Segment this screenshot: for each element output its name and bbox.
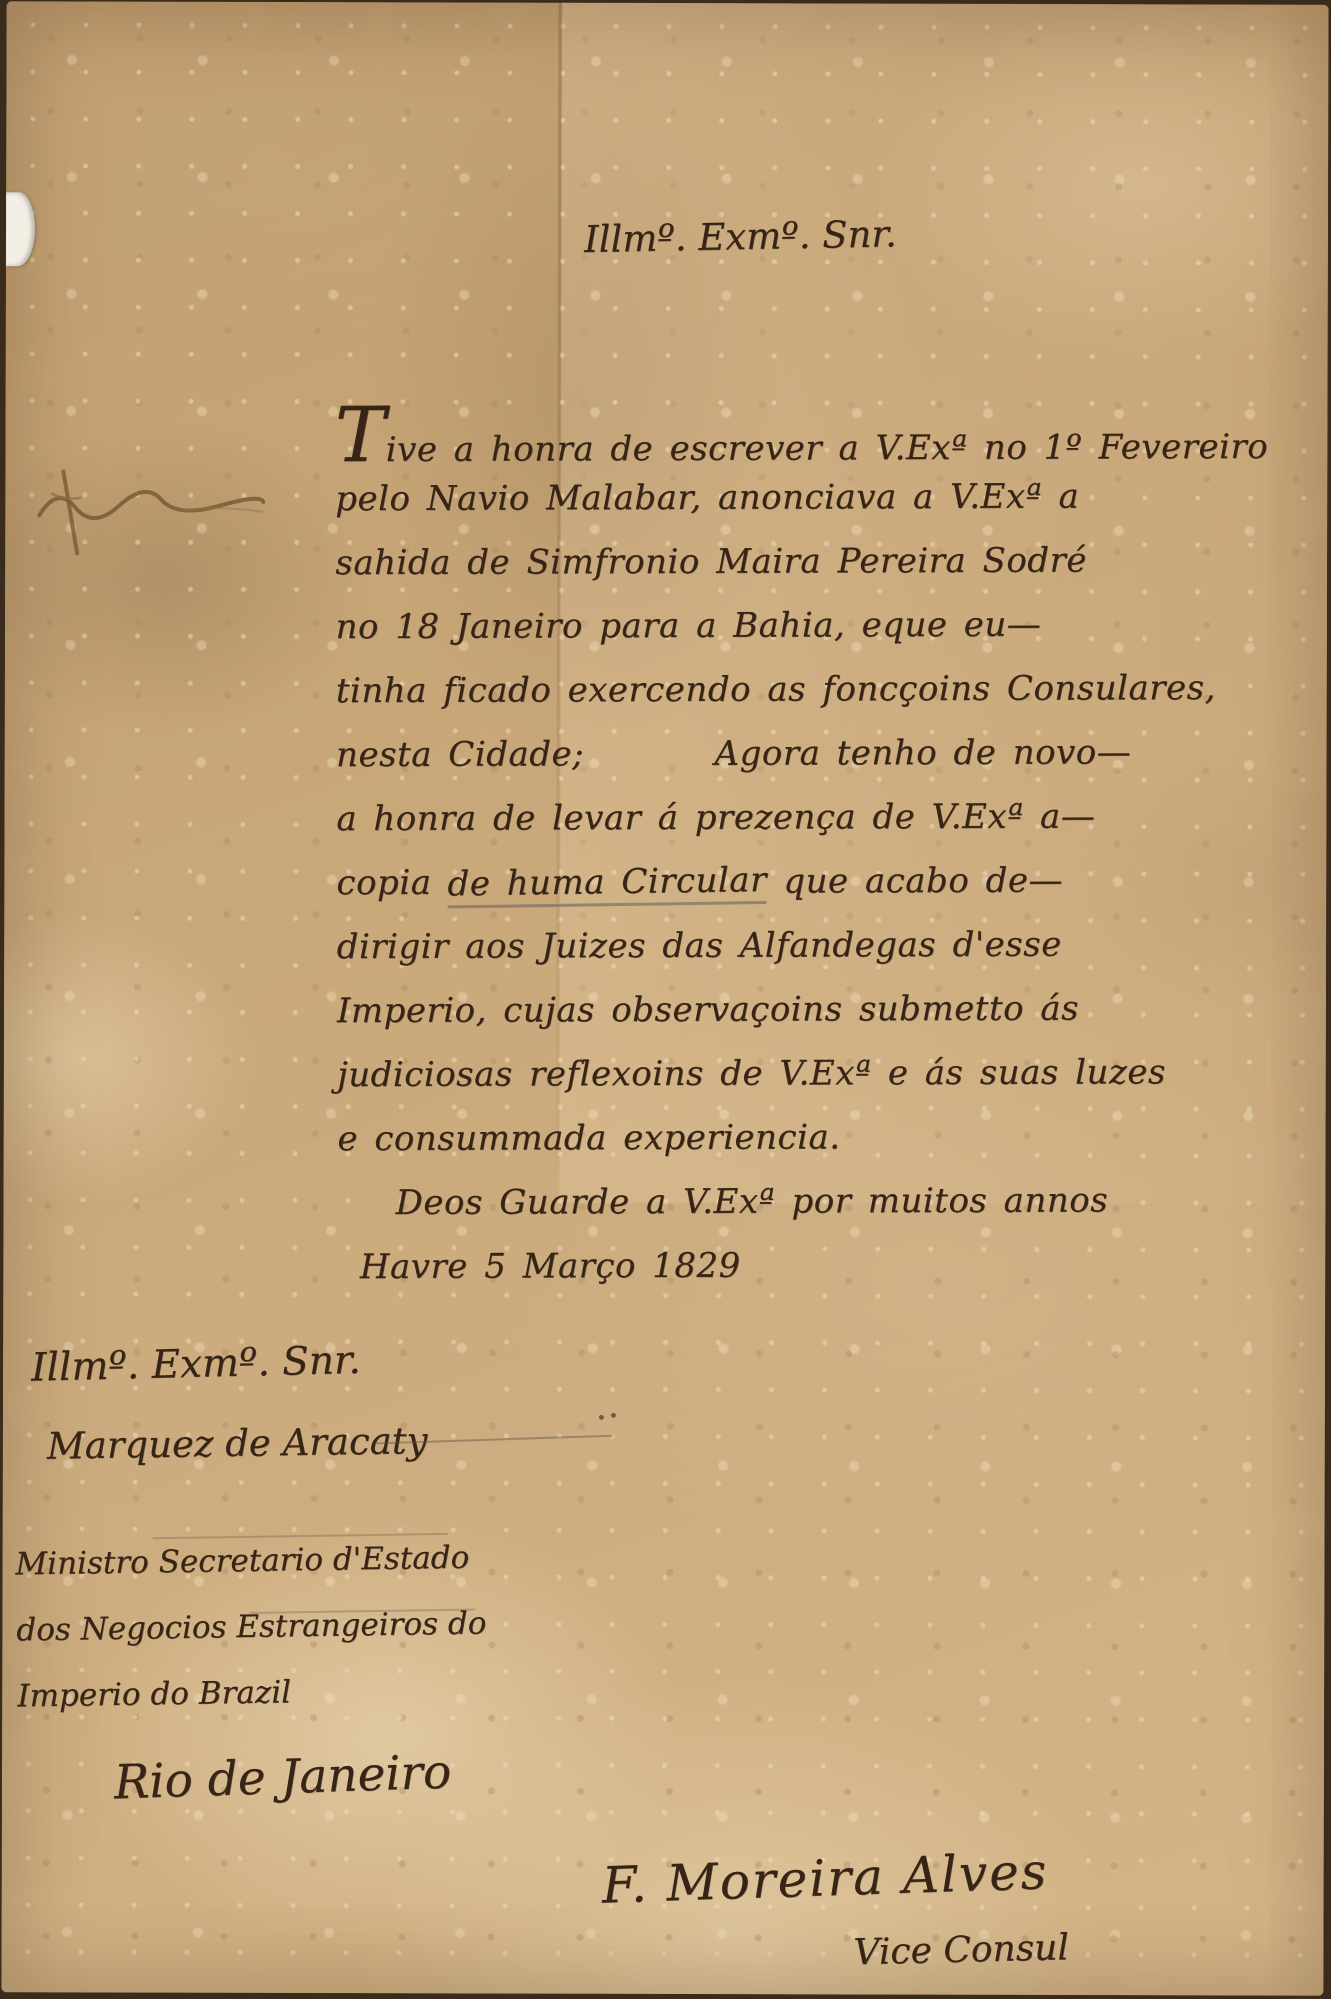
- letter-body: Tive a honra de escrever a V.Exª no 1º F…: [335, 400, 1323, 1299]
- manuscript-line: no 18 Janeiro para a Bahia, eque eu—: [336, 592, 1321, 659]
- manuscript-paper: Illmº. Exmº. Snr. Tive a honra de escrev…: [1, 1, 1328, 1995]
- manuscript-line: judiciosas reflexoins de V.Exª e ás suas…: [337, 1040, 1322, 1107]
- signature-title: Vice Consul: [853, 1927, 1069, 1973]
- manuscript-line: Tive a honra de escrever a V.Exª no 1º F…: [335, 400, 1320, 467]
- manuscript-line-with-underline: copia de huma Circular que acabo de—: [336, 848, 1321, 915]
- recipient-salutation: Illmº. Exmº. Snr.: [31, 1338, 362, 1391]
- signature-name: F. Moreira Alves: [601, 1842, 1049, 1914]
- photo-backdrop: Illmº. Exmº. Snr. Tive a honra de escrev…: [0, 0, 1331, 1999]
- dateline: Havre 5 Março 1829: [360, 1232, 1323, 1299]
- manuscript-line: Deos Guarde a V.Exª por muitos annos: [396, 1168, 1323, 1235]
- manuscript-line: nesta Cidade; Agora tenho de novo—: [336, 720, 1321, 787]
- underlined-phrase: de huma Circular: [448, 863, 767, 908]
- manuscript-line: sahida de Simfronio Maira Pereira Sodré: [335, 528, 1320, 595]
- recipient-title-block: Ministro Secretario d'Estado dos Negocio…: [15, 1524, 488, 1729]
- line-fragment: que acabo de—: [767, 861, 1063, 902]
- manuscript-line: a honra de levar á prezença de V.Exª a—: [336, 784, 1321, 851]
- manuscript-line: Imperio, cujas observaçoins submetto ás: [337, 976, 1322, 1043]
- pencil-dots: [599, 1415, 604, 1420]
- line-fragment: copia: [336, 863, 447, 903]
- manuscript-line: dirigir aos Juizes das Alfandegas d'esse: [337, 912, 1322, 979]
- recipient-title-line: Imperio do Brazil: [17, 1656, 488, 1729]
- manuscript-line: tinha ficado exercendo as foncçoins Cons…: [336, 656, 1321, 723]
- recipient-name: Marquez de Aracaty: [47, 1419, 428, 1468]
- recipient-city: Rio de Janeiro: [113, 1745, 452, 1811]
- binding-thread-graphic: [33, 453, 268, 569]
- recipient-title-line: dos Negocios Estrangeiros do: [16, 1590, 487, 1663]
- paper-chip: [6, 192, 35, 266]
- manuscript-line: e consummada experiencia.: [337, 1104, 1322, 1171]
- manuscript-line: pelo Navio Malabar, anonciava a V.Exª a: [335, 464, 1320, 531]
- letter-salutation: Illmº. Exmº. Snr.: [584, 212, 897, 261]
